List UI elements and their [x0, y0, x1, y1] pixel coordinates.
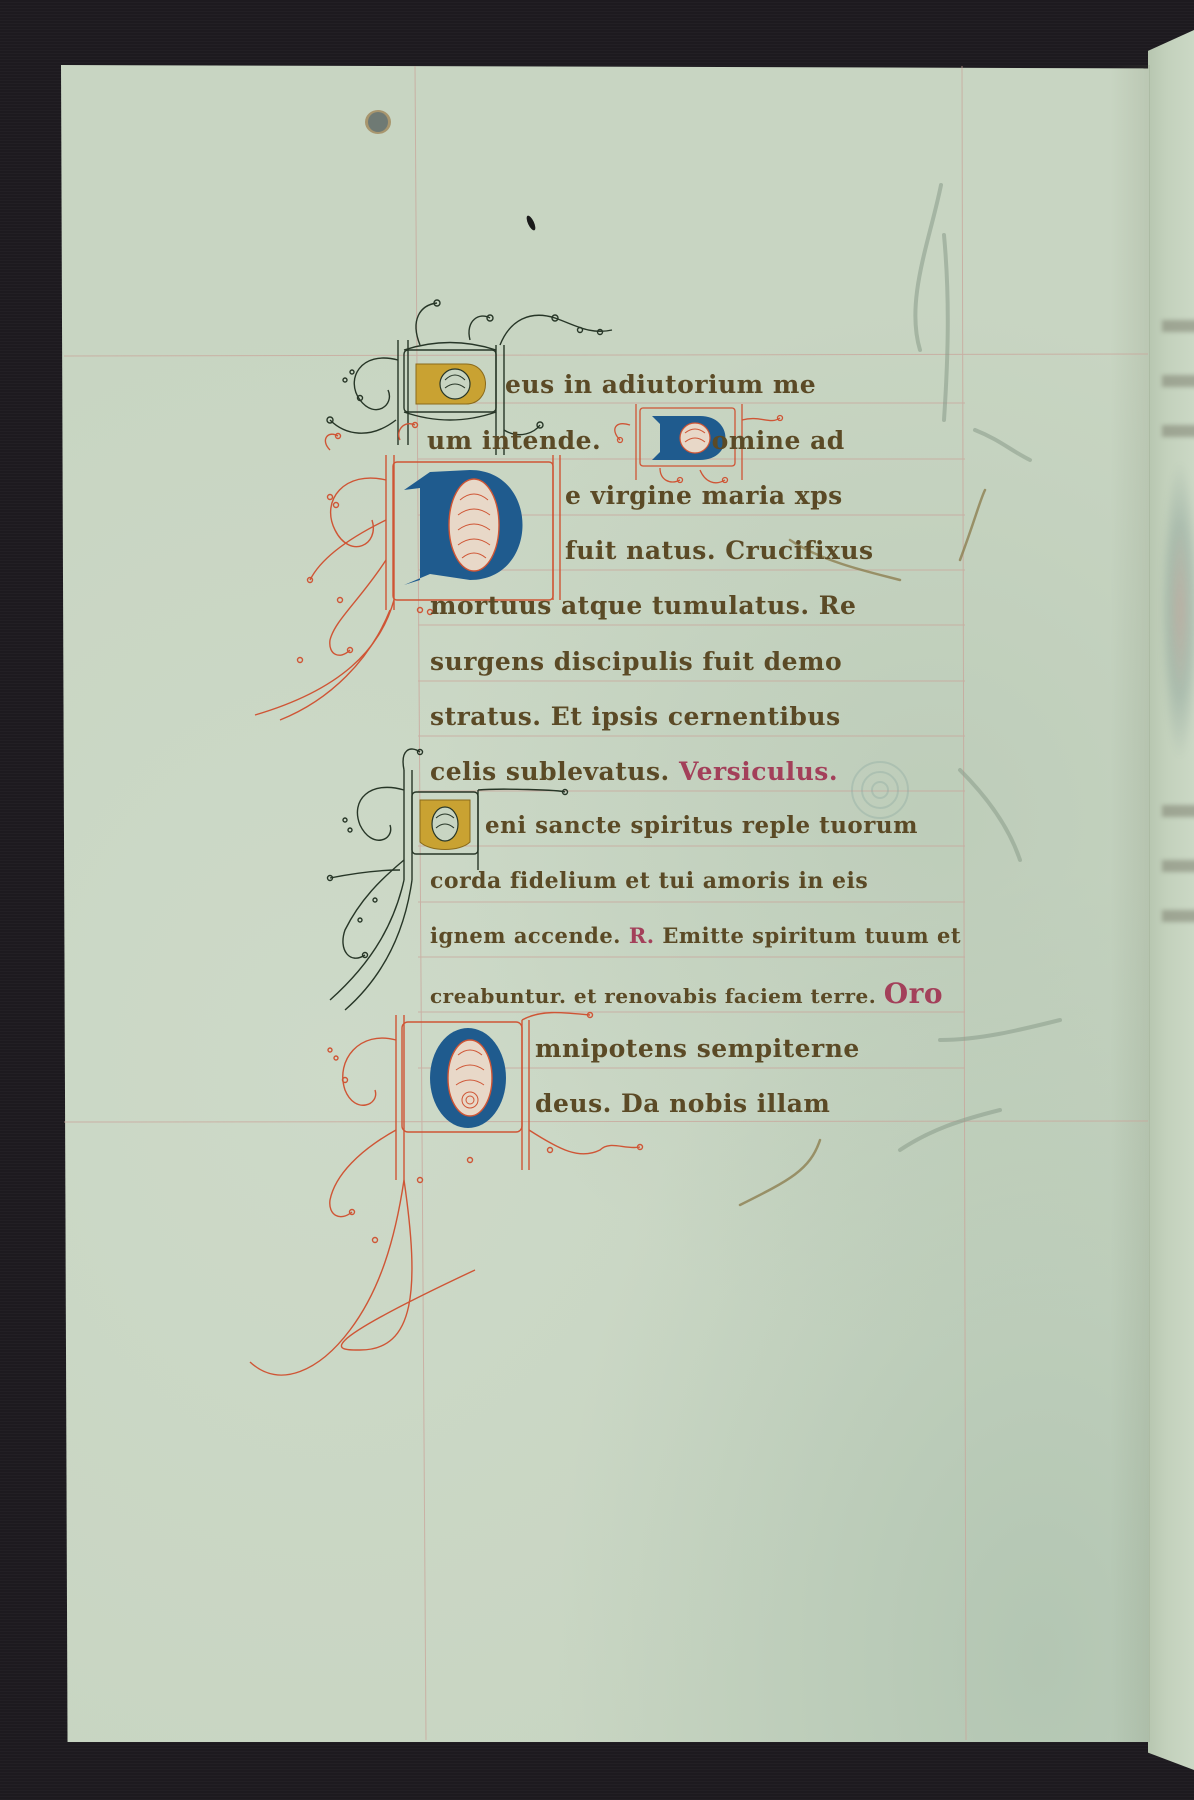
text-line-content: ignem accende.: [430, 923, 621, 948]
text-line-content: celis sublevatus.: [430, 757, 670, 786]
text-line-8: celis sublevatus. Versiculus.: [430, 759, 838, 784]
initial-d-gold: [416, 364, 486, 404]
text-line-content: surgens discipulis fuit demo: [430, 647, 842, 676]
text-line-content: Emitte spiritum tuum et: [662, 923, 961, 948]
text-line-9: eni sancte spiritus reple tuorum: [485, 814, 918, 837]
text-line-3: e virgine maria xps: [565, 483, 843, 508]
text-line-content: mnipotens sempiterne: [535, 1034, 860, 1063]
text-line-content: mortuus atque tumulatus. Re: [430, 591, 856, 620]
text-line-content: eni sancte spiritus reple tuorum: [485, 812, 918, 839]
text-line-12: creabuntur. et renovabis faciem terre. O…: [430, 980, 943, 1008]
show-through-roundel: [852, 762, 908, 818]
rubric-oratio: Oro: [884, 977, 943, 1010]
text-line-2: um intende. omine ad: [427, 428, 845, 453]
text-line-10: corda fidelium et tui amoris in eis: [430, 870, 868, 892]
text-line-5: mortuus atque tumulatus. Re: [430, 593, 856, 618]
text-line-content: eus in adiutorium me: [505, 370, 816, 399]
initial-v-gold: [420, 800, 470, 850]
text-line-content: fuit natus. Crucifixus: [565, 536, 874, 565]
text-line-7: stratus. Et ipsis cernentibus: [430, 704, 841, 729]
text-line-1: eus in adiutorium me: [505, 372, 816, 397]
manuscript-decoration: [0, 0, 1194, 1800]
text-line-content: omine ad: [712, 426, 845, 455]
text-line-content: e virgine maria xps: [565, 481, 843, 510]
parchment-hole: [365, 110, 391, 134]
text-line-content: um intende.: [427, 426, 601, 455]
text-line-13: mnipotens sempiterne: [535, 1036, 860, 1061]
text-line-14: deus. Da nobis illam: [535, 1091, 830, 1116]
text-line-content: stratus. Et ipsis cernentibus: [430, 702, 841, 731]
rubric-responsorium: R.: [629, 923, 655, 948]
text-line-11: ignem accende. R. Emitte spiritum tuum e…: [430, 925, 961, 946]
text-line-content: creabuntur. et renovabis faciem terre.: [430, 984, 876, 1008]
initial-d-large-blue: [404, 470, 523, 585]
ruling-lines: [64, 66, 1148, 1740]
text-line-4: fuit natus. Crucifixus: [565, 538, 874, 563]
text-line-content: corda fidelium et tui amoris in eis: [430, 868, 868, 894]
initial-o-blue: [430, 1028, 506, 1128]
rubric-versiculus: Versiculus.: [679, 757, 838, 786]
text-line-content: deus. Da nobis illam: [535, 1089, 830, 1118]
text-line-6: surgens discipulis fuit demo: [430, 649, 842, 674]
ink-blemish: [525, 214, 537, 231]
